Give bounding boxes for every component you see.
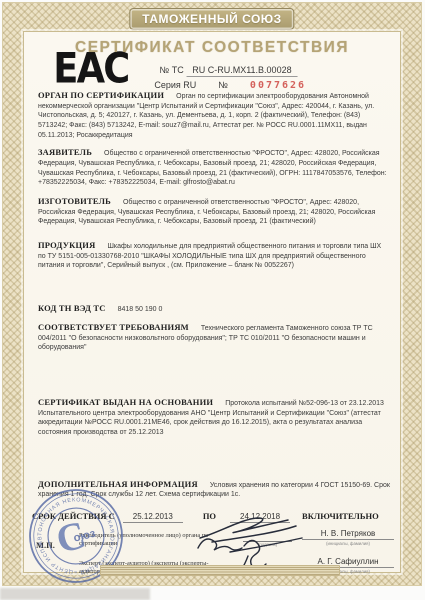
- name-hint: (инициалы, фамилия): [302, 541, 394, 546]
- section-customs-code: КОД ТН ВЭД ТС8418 50 190 0: [38, 303, 390, 315]
- section-label: ПРОДУКЦИЯ: [38, 240, 95, 250]
- series-label: Серия RU: [154, 80, 196, 90]
- section-label: ДОПОЛНИТЕЛЬНАЯ ИНФОРМАЦИЯ: [38, 479, 198, 489]
- section-label: КОД ТН ВЭД ТС: [38, 303, 106, 313]
- section-label: СЕРТИФИКАТ ВЫДАН НА ОСНОВАНИИ: [38, 397, 213, 407]
- section-label: ОРГАН ПО СЕРТИФИКАЦИИ: [38, 90, 164, 100]
- section-label: СООТВЕТСТВУЕТ ТРЕБОВАНИЯМ: [38, 322, 189, 332]
- section-issued-on-basis: СЕРТИФИКАТ ВЫДАН НА ОСНОВАНИИПротокола и…: [38, 397, 390, 438]
- section-conforms-to: СООТВЕТСТВУЕТ ТРЕБОВАНИЯМТехнического ре…: [38, 322, 390, 353]
- signature-hint: (подпись): [243, 542, 292, 547]
- certificate-number-line: № ТС RU C-RU.MX11.B.00028: [160, 65, 298, 75]
- certificate-title: СЕРТИФИКАТ СООТВЕТСТВИЯ: [24, 39, 400, 57]
- cert-no-label: № ТС: [160, 65, 184, 75]
- section-label: ЗАЯВИТЕЛЬ: [38, 147, 92, 157]
- section-certification-body: ОРГАН ПО СЕРТИФИКАЦИИОрган по сертификац…: [38, 90, 390, 140]
- guilloche-microtext-strip: [100, 565, 340, 576]
- section-product: ПРОДУКЦИЯШкафы холодильные для предприят…: [38, 240, 390, 271]
- validity-from-date: 25.12.2013: [123, 512, 183, 523]
- section-text: 8418 50 190 0: [118, 306, 163, 313]
- section-applicant: ЗАЯВИТЕЛЬОбщество с ограниченной ответст…: [38, 147, 390, 188]
- section-label: ИЗГОТОВИТЕЛЬ: [38, 196, 111, 206]
- validity-po-label: ПО: [203, 511, 216, 521]
- customs-union-banner: ТАМОЖЕННЫЙ СОЮЗ: [129, 8, 294, 30]
- head-signature-line: (подпись): [243, 533, 292, 542]
- cert-no-value: RU C-RU.MX11.B.00028: [186, 65, 297, 77]
- head-signer-name: Н. В. Петряков: [302, 529, 394, 540]
- certificate-paper: EAC СЕРТИФИКАТ СООТВЕТСТВИЯ № ТС RU C-RU…: [23, 31, 401, 573]
- section-manufacturer: ИЗГОТОВИТЕЛЬОбщество с ограниченной отве…: [38, 196, 390, 227]
- scan-shadow: [0, 588, 150, 600]
- certificate-body: ОРГАН ПО СЕРТИФИКАЦИИОрган по сертификац…: [38, 90, 390, 500]
- certificate-sheet: ТАМОЖЕННЫЙ СОЮЗ EAC СЕРТИФИКАТ СООТВЕТСТ…: [2, 2, 422, 586]
- head-signer-name-block: Н. В. Петряков (инициалы, фамилия): [302, 529, 394, 546]
- validity-to-date: 24.12.2018: [230, 512, 290, 523]
- series-num-sign: №: [218, 80, 228, 90]
- validity-inclusive-label: ВКЛЮЧИТЕЛЬНО: [302, 511, 379, 521]
